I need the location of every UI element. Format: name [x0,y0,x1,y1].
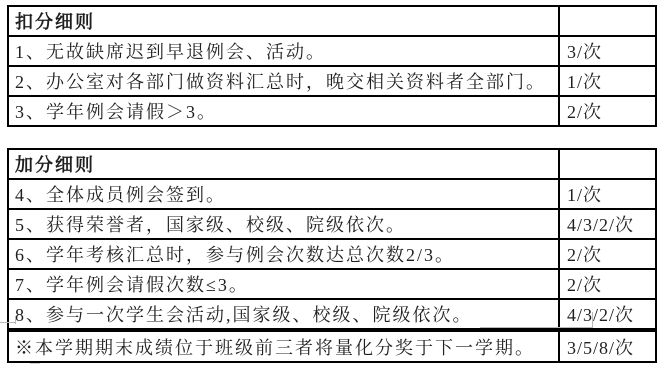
rule-text: 1、无故缺席迟到早退例会、活动。 [8,36,559,66]
gridline-artifact [592,312,593,328]
footnote-text: ※本学期期末成绩位于班级前三者将量化分奖于下一学期。 [8,331,559,362]
footnote-table: ※本学期期末成绩位于班级前三者将量化分奖于下一学期。 3/5/8/次 [7,330,657,363]
gridline-artifact [30,363,40,364]
bonus-header-value-cell [559,149,656,179]
rule-text: 2、办公室对各部门做资料汇总时，晚交相关资料者全部门。 [8,66,559,96]
rule-text: 4、全体成员例会签到。 [8,179,559,209]
deduction-section-title: 扣分细则 [8,6,559,36]
bonus-rules-table: 加分细则 4、全体成员例会签到。 1/次 5、获得荣誉者，国家级、校级、院级依次… [7,148,657,330]
rule-points: 2/次 [559,239,656,269]
table-header-row: 扣分细则 [8,6,656,36]
rule-text: 6、学年考核汇总时，参与例会次数达总次数2/3。 [8,239,559,269]
table-row: 3、学年例会请假＞3。 2/次 [8,96,656,126]
gridline-artifact [15,316,16,324]
table-row: 4、全体成员例会签到。 1/次 [8,179,656,209]
table-row: 7、学年例会请假次数≤3。 2/次 [8,269,656,299]
deduction-rules-table: 扣分细则 1、无故缺席迟到早退例会、活动。 3/次 2、办公室对各部门做资料汇总… [7,5,657,127]
table-row: ※本学期期末成绩位于班级前三者将量化分奖于下一学期。 3/5/8/次 [8,331,656,362]
rule-points: 1/次 [559,179,656,209]
rule-points: 2/次 [559,96,656,126]
table-row: 8、参与一次学生会活动,国家级、校级、院级依次。 4/3/2/次 [8,299,656,329]
table-row: 1、无故缺席迟到早退例会、活动。 3/次 [8,36,656,66]
gridline-artifact [480,327,593,328]
deduction-header-value-cell [559,6,656,36]
bonus-section-title: 加分细则 [8,149,559,179]
rule-text: 3、学年例会请假＞3。 [8,96,559,126]
rule-points: 2/次 [559,269,656,299]
gridline-artifact [0,322,16,323]
table-row: 2、办公室对各部门做资料汇总时，晚交相关资料者全部门。 1/次 [8,66,656,96]
rule-points: 1/次 [559,66,656,96]
rule-points: 3/次 [559,36,656,66]
footnote-points: 3/5/8/次 [559,331,656,362]
rule-points: 4/3/2/次 [559,299,656,329]
table-row: 5、获得荣誉者，国家级、校级、院级依次。 4/3/2/次 [8,209,656,239]
rule-text: 7、学年例会请假次数≤3。 [8,269,559,299]
rule-text: 8、参与一次学生会活动,国家级、校级、院级依次。 [8,299,559,329]
document-page: 扣分细则 1、无故缺席迟到早退例会、活动。 3/次 2、办公室对各部门做资料汇总… [0,0,663,366]
rule-text: 5、获得荣誉者，国家级、校级、院级依次。 [8,209,559,239]
table-row: 6、学年考核汇总时，参与例会次数达总次数2/3。 2/次 [8,239,656,269]
rule-points: 4/3/2/次 [559,209,656,239]
table-header-row: 加分细则 [8,149,656,179]
